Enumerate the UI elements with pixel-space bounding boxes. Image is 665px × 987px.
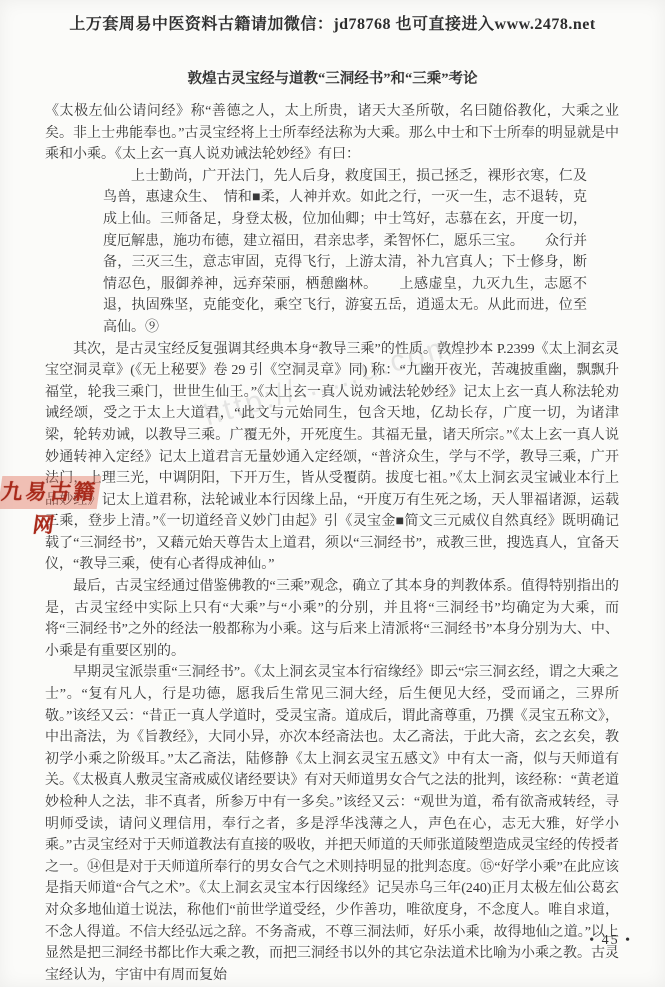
document-page: 上万套周易中医资料古籍请加微信：jd78768 也可直接进入www.2478.n… xyxy=(0,0,665,987)
paragraph-final-point: 最后，古灵宝经通过借鉴佛教的“三乘”观念，确立了其本身的判教体系。值得特别指出的… xyxy=(45,576,619,662)
article-title: 敦煌古灵宝经与道教“三洞经书”和“三乘”考论 xyxy=(0,67,665,88)
article-body: 《太极左仙公请问经》称“善德之人，太上所贵，诸天大圣所敬，名曰随俗教化，大乘之业… xyxy=(45,101,619,986)
paragraph-intro: 《太极左仙公请问经》称“善德之人，太上所贵，诸天大圣所敬，名曰随俗教化，大乘之业… xyxy=(45,101,619,166)
page-number: • 45 • xyxy=(589,933,632,949)
block-quote-scripture: 上士勤尚，广开法门，先人后身，救度国王，损己拯乏，裸形衣寒，仁及鸟兽，惠逮众生、… xyxy=(103,166,587,339)
promo-header-text: 上万套周易中医资料古籍请加微信：jd78768 也可直接进入www.2478.n… xyxy=(0,11,665,34)
paragraph-second-point: 其次，是古灵宝经反复强调其经典本身“教导三乘”的性质。敦煌抄本 P.2399《太… xyxy=(45,339,619,577)
paragraph-early-lingbao: 早期灵宝派崇重“三洞经书”。《太上洞玄灵宝本行宿缘经》即云“宗三洞玄经，谓之大乘… xyxy=(45,662,619,986)
red-site-watermark-stamp: 九易古籍网 xyxy=(0,476,101,509)
